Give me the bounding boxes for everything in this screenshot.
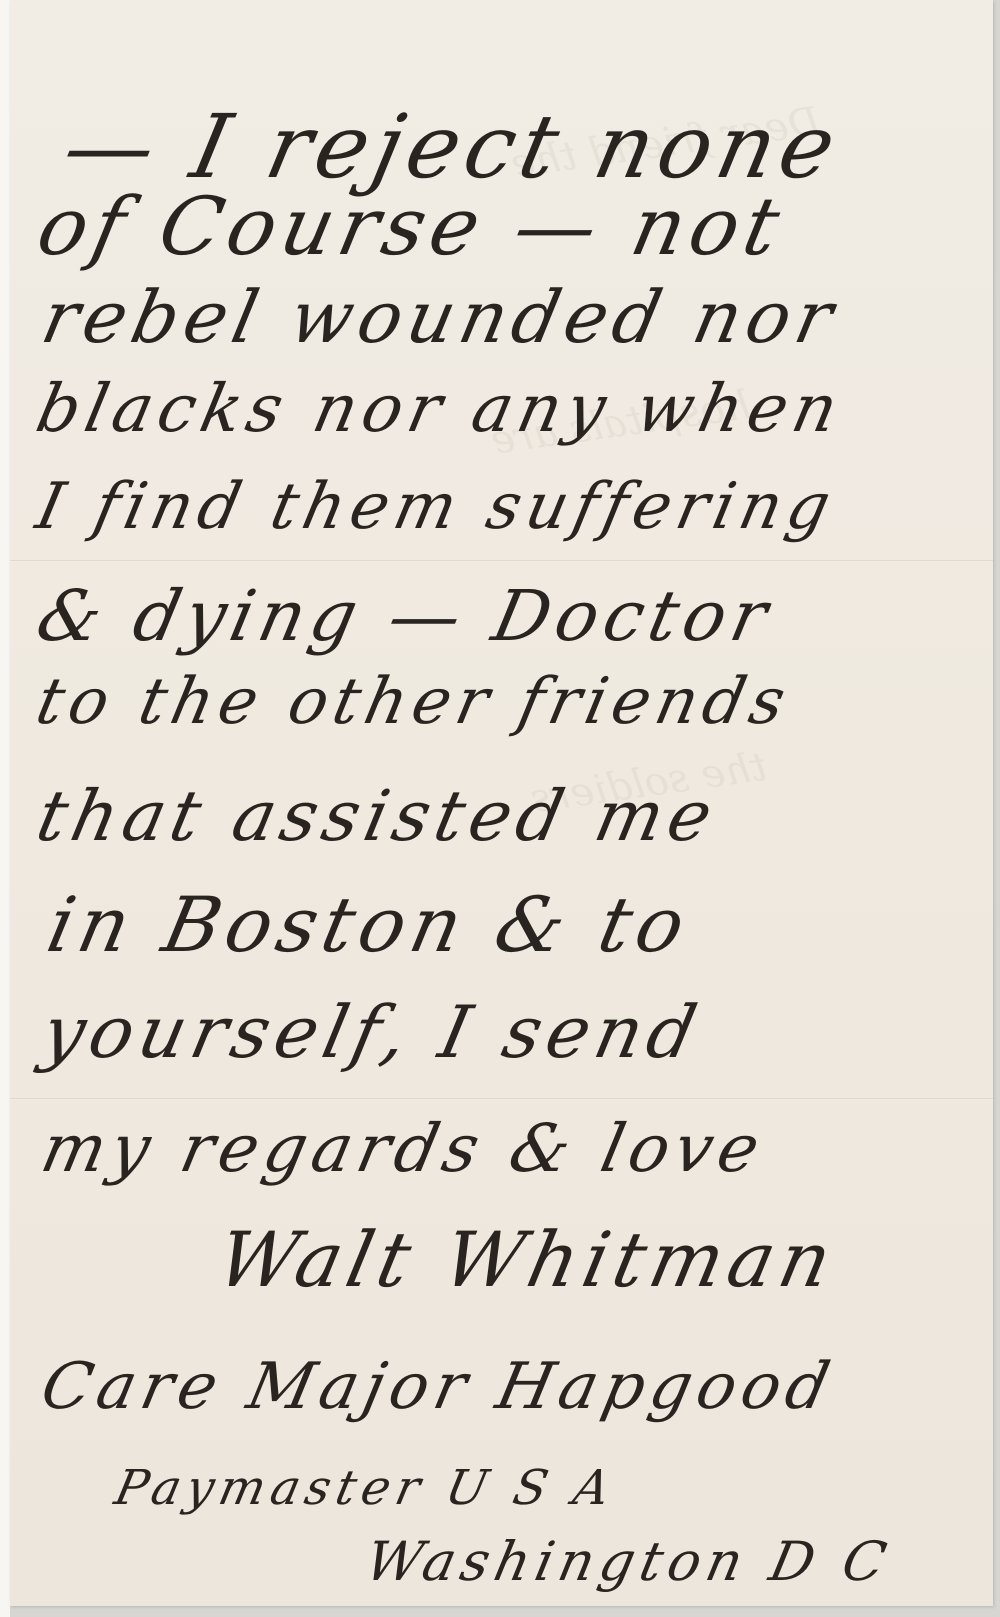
handwritten-line: to the other friends <box>30 665 797 739</box>
address-city: Washington D C <box>360 1530 897 1593</box>
signature: Walt Whitman <box>210 1215 845 1304</box>
handwritten-line: that assisted me <box>30 775 725 857</box>
handwritten-line: & dying — Doctor <box>30 575 780 657</box>
address-title: Paymaster U S A <box>110 1460 621 1516</box>
handwritten-line: I find them suffering <box>30 470 842 544</box>
letter-page: Dear friend the hospitals are the soldie… <box>10 0 993 1606</box>
scan-margin <box>0 0 10 1617</box>
handwritten-line: in Boston & to <box>40 880 698 969</box>
handwritten-line: of Course — not <box>30 180 793 273</box>
fold-line <box>10 560 993 562</box>
handwritten-line: blacks nor any when <box>30 370 850 447</box>
fold-line <box>10 1098 993 1100</box>
handwritten-line: yourself, I send <box>35 990 709 1074</box>
handwritten-line: rebel wounded nor <box>35 275 846 359</box>
address-care-of: Care Major Hapgood <box>35 1350 842 1424</box>
handwritten-line: my regards & love <box>35 1110 772 1187</box>
